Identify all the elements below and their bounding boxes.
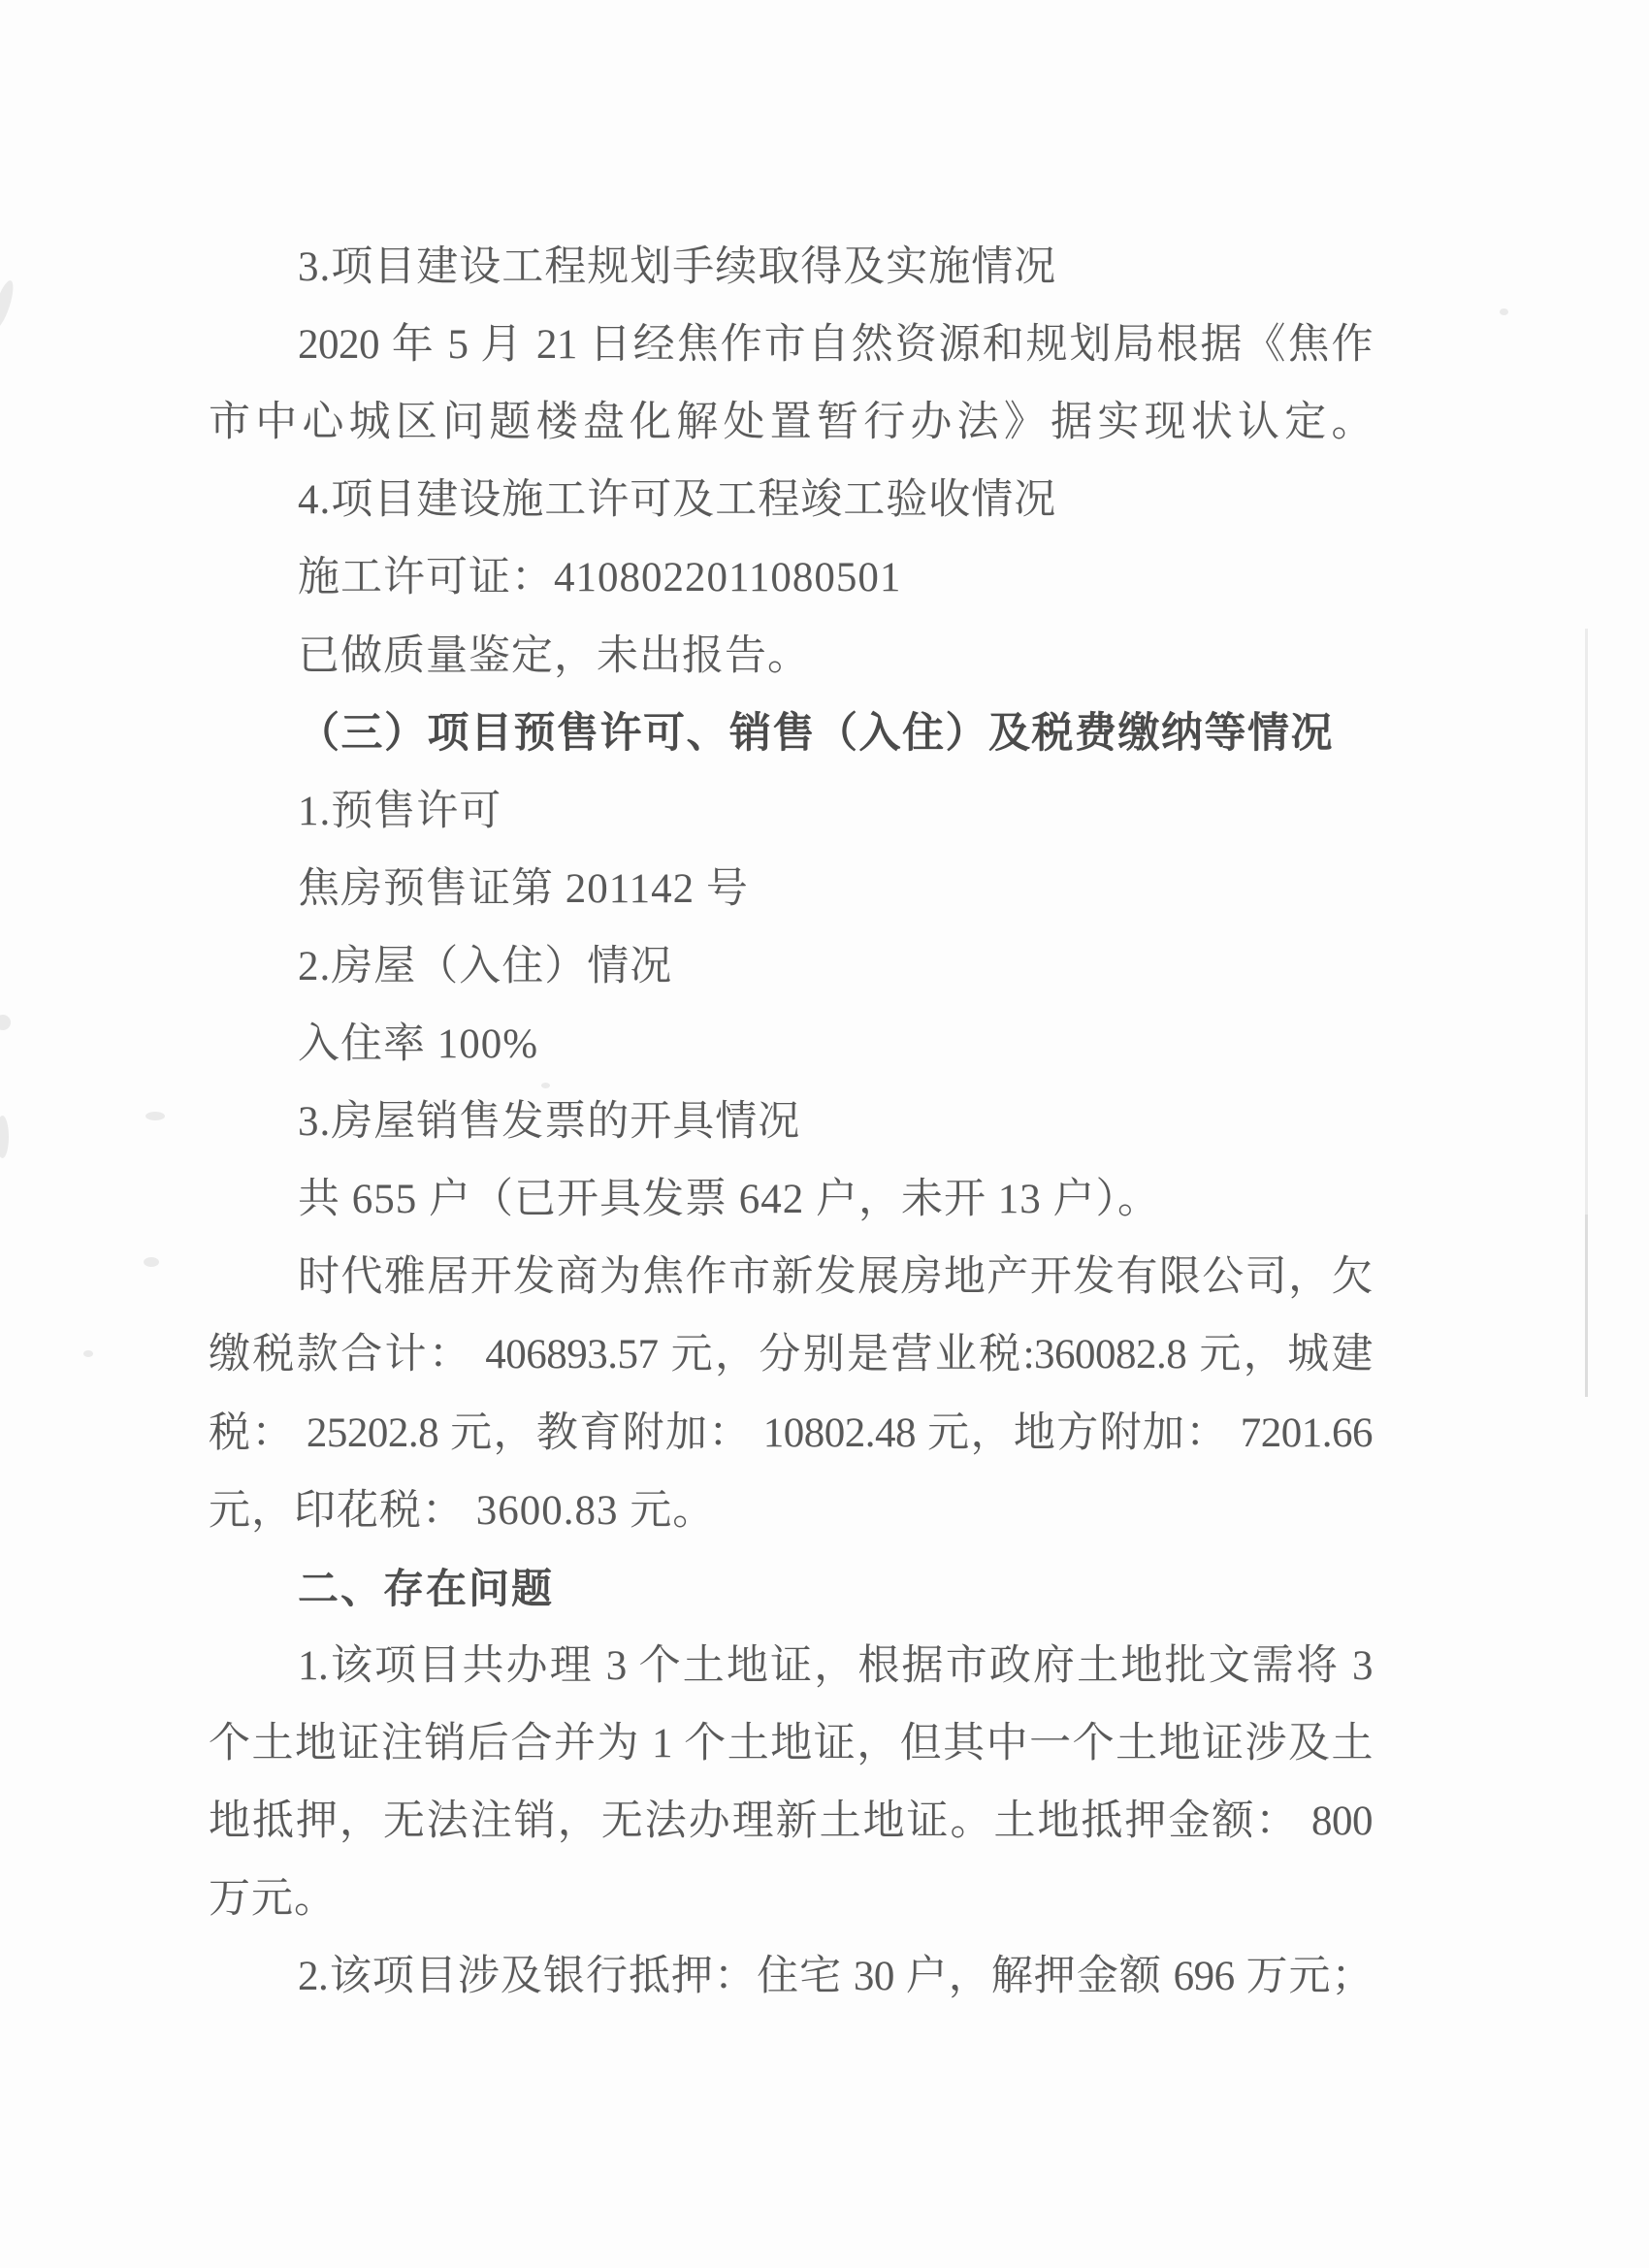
text-line: 地抵押，无法注销，无法办理新土地证。土地抵押金额： 800 bbox=[209, 1783, 1373, 1861]
scan-smudge bbox=[0, 1015, 11, 1030]
text-line: 市中心城区问题楼盘化解处置暂行办法》据实现状认定。 bbox=[209, 384, 1373, 462]
text-line: 个土地证注销后合并为 1 个土地证，但其中一个土地证涉及土 bbox=[209, 1705, 1373, 1783]
text-line: 已做质量鉴定，未出报告。 bbox=[209, 618, 1373, 696]
section-heading: 二、存在问题 bbox=[209, 1550, 1373, 1628]
scan-smudge bbox=[83, 1350, 93, 1357]
text-line: 税： 25202.8 元，教育附加： 10802.48 元，地方附加： 7201… bbox=[209, 1395, 1373, 1473]
text-line: 3.房屋销售发票的开具情况 bbox=[209, 1084, 1373, 1161]
scan-smudge bbox=[0, 278, 17, 331]
text-line: 1.该项目共办理 3 个土地证，根据市政府土地批文需将 3 bbox=[209, 1628, 1373, 1705]
text-line: 入住率 100% bbox=[209, 1006, 1373, 1084]
text-line: 2.该项目涉及银行抵押：住宅 30 户，解押金额 696 万元； bbox=[209, 1938, 1373, 2016]
text-line: 4.项目建设施工许可及工程竣工验收情况 bbox=[209, 462, 1373, 539]
scan-smudge bbox=[145, 1112, 165, 1120]
text-line: 1.预售许可 bbox=[209, 773, 1373, 851]
document-page: 3.项目建设工程规划手续取得及实施情况2020 年 5 月 21 日经焦作市自然… bbox=[0, 0, 1649, 2268]
text-line: 缴税款合计： 406893.57 元，分别是营业税:360082.8 元，城建 bbox=[209, 1316, 1373, 1394]
text-line: 元，印花税： 3600.83 元。 bbox=[209, 1473, 1373, 1550]
scan-streak bbox=[1585, 1215, 1588, 1397]
section-heading: （三）项目预售许可、销售（入住）及税费缴纳等情况 bbox=[209, 696, 1373, 773]
text-line: 焦房预售证第 201142 号 bbox=[209, 851, 1373, 928]
scan-smudge bbox=[541, 1083, 550, 1088]
text-line: 施工许可证：4108022011080501 bbox=[209, 539, 1373, 617]
text-line: 3.项目建设工程规划手续取得及实施情况 bbox=[209, 229, 1373, 307]
text-line: 2.房屋（入住）情况 bbox=[209, 928, 1373, 1006]
scan-smudge bbox=[144, 1257, 159, 1267]
scan-smudge bbox=[1500, 308, 1508, 315]
text-line: 2020 年 5 月 21 日经焦作市自然资源和规划局根据《焦作 bbox=[209, 307, 1373, 384]
text-line: 共 655 户（已开具发票 642 户，未开 13 户）。 bbox=[209, 1161, 1373, 1239]
text-line: 时代雅居开发商为焦作市新发展房地产开发有限公司，欠 bbox=[209, 1239, 1373, 1316]
text-line: 万元。 bbox=[209, 1861, 1373, 1938]
scan-smudge bbox=[0, 1116, 9, 1158]
